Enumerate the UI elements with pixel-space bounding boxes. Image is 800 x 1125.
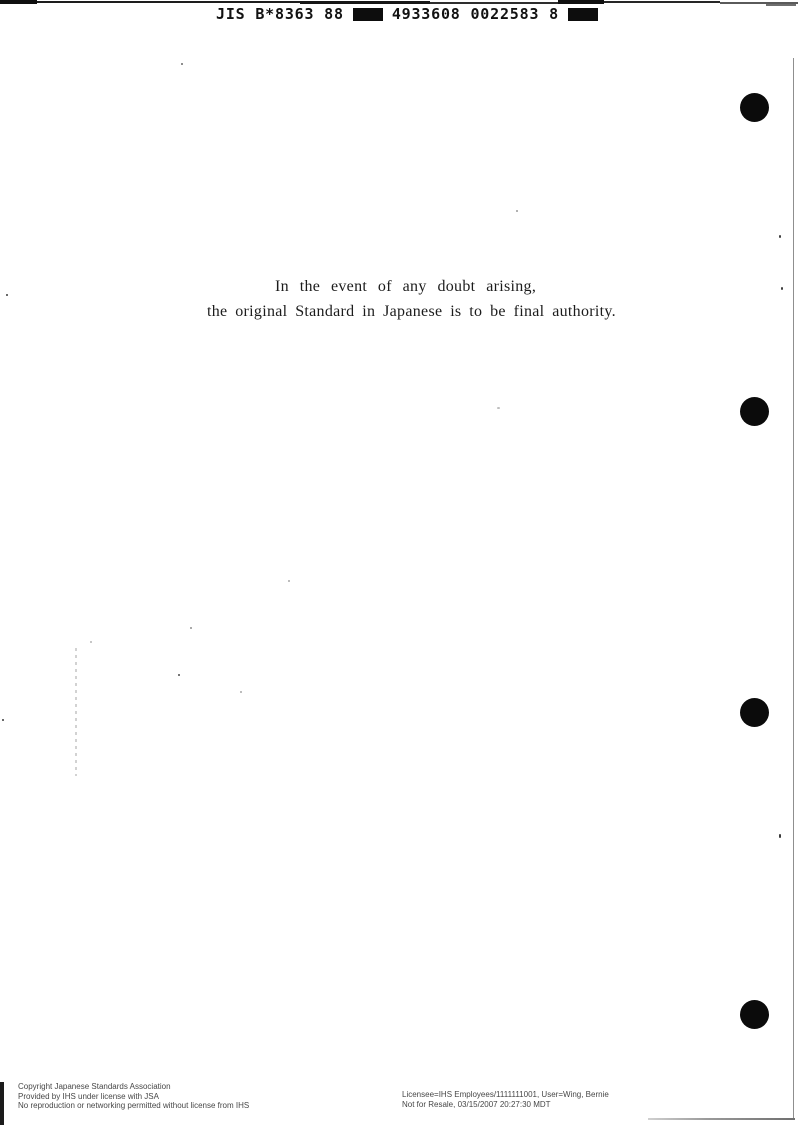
scan-line-segment [430,2,558,4]
standard-code: JIS B*8363 88 [216,5,344,23]
license-info: Licensee=IHS Employees/1111111001, User=… [402,1090,609,1109]
scan-speck [779,834,781,838]
scanned-document-page: JIS B*8363 88 4933608 0022583 8 In the e… [0,0,800,1125]
document-number-header: JIS B*8363 88 4933608 0022583 8 [216,5,598,23]
scan-speck [6,294,8,296]
scan-speck [516,210,518,212]
scan-speck [240,691,242,693]
scan-speck [288,580,290,582]
copyright-line-2: Provided by IHS under license with JSA [18,1092,249,1102]
punch-hole [740,397,769,426]
scan-speck [2,719,4,721]
filled-block-icon [353,8,383,21]
scan-line-segment [0,0,37,4]
scan-line-segment [558,0,604,4]
statement-line-2: the original Standard in Japanese is to … [207,303,616,321]
licensee-line: Licensee=IHS Employees/1111111001, User=… [402,1090,609,1100]
filled-block-icon [568,8,598,21]
statement-line-1: In the event of any doubt arising, [275,278,536,296]
page-edge-line-bottom [648,1118,795,1120]
scan-speck [779,235,781,238]
copyright-line-3: No reproduction or networking permitted … [18,1101,249,1111]
scan-line-segment [766,4,796,6]
punch-hole [740,1000,769,1029]
punch-hole [740,698,769,727]
scan-line-segment [300,1,430,4]
document-serial: 4933608 0022583 8 [392,5,559,23]
scan-dotted-artifact [75,648,77,776]
binding-edge-bar [0,1082,4,1125]
scan-line-segment [604,1,720,3]
punch-hole [740,93,769,122]
scan-speck [781,287,783,290]
scan-speck [178,674,180,676]
scan-speck [90,641,92,643]
scan-speck [181,63,183,65]
resale-line: Not for Resale, 03/15/2007 20:27:30 MDT [402,1100,609,1110]
scan-speck [497,407,500,409]
scan-speck [190,627,192,629]
copyright-notice: Copyright Japanese Standards Association… [18,1082,249,1111]
copyright-line-1: Copyright Japanese Standards Association [18,1082,249,1092]
page-edge-line-right [793,58,794,1120]
scan-line-segment [37,1,300,3]
